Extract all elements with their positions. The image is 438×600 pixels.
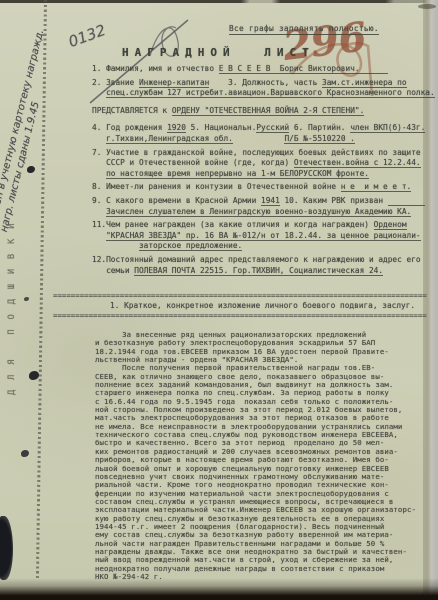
- field-value: [388, 196, 426, 206]
- field-label: [92, 207, 106, 216]
- scanned-document-page: Внесен в учетную картотеку награжд. нагр…: [0, 0, 438, 600]
- field-value: 1920: [167, 123, 186, 133]
- field-label: 6. Партийн.: [289, 123, 350, 132]
- field-value: заторское предложение.: [139, 241, 242, 251]
- field-label: 11.Чем ранее награжден (за какие отличия…: [92, 220, 374, 229]
- field-wounds: 8. Имеет-ли ранения и контузии в Отечест…: [92, 182, 432, 193]
- merit-narrative: За внесенные ряд ценных рационализаторск…: [95, 331, 431, 581]
- field-label: [92, 241, 139, 250]
- field-label: 8. Имеет-ли ранения и контузии в Отечест…: [92, 182, 341, 191]
- field-label: ПРЕДСТАВЛЯЕТСЯ к: [92, 106, 172, 115]
- field-label: [92, 169, 106, 178]
- field-label: 7. Участие в гражданской войне, последую…: [92, 148, 421, 157]
- field-value: Зачислен слушателем в Ленинградскую воен…: [106, 207, 411, 217]
- field-label: 5. Национальн.: [186, 123, 256, 132]
- field-value: "КРАСНАЯ ЗВЕЗДА" пр. 16 ВА №-012/н от 18…: [106, 231, 421, 241]
- field-value: ПОЛЕВАЯ ПОЧТА 22515. Гор.ТИХВИН, Социали…: [134, 266, 383, 276]
- field-value: член ВКП(б)-43г.: [350, 123, 425, 133]
- field-label: СССР и Отечественной войне (где, когда): [92, 158, 294, 167]
- section-divider-top: ========================================…: [53, 291, 433, 300]
- vertical-margin-text: ДЛЯ ПОДШИВКИ: [7, 103, 17, 395]
- field-value: 1941: [261, 196, 280, 206]
- field-value: Зам.ст.инженера по: [322, 78, 407, 88]
- field-name: 1. Фамилия, имя и отчество Е В С Е Е В Б…: [92, 64, 432, 75]
- field-in-army-since: 9. С какого времени в Красной Армии 1941…: [92, 196, 432, 217]
- field-label: 3. Должность, часть: [209, 78, 322, 87]
- fill-all-fields-note: Все графы заполнять полностью.: [229, 24, 379, 35]
- ink-blot: [21, 450, 29, 457]
- field-value: спец.службам 127 истребит.авиацион.Варша…: [106, 88, 435, 98]
- ink-stain-bottom-left: [0, 516, 13, 580]
- field-value: П/Б №-5510220 .: [284, 134, 354, 144]
- field-label: [92, 231, 106, 240]
- form-fields: 1. Фамилия, имя и отчество Е В С Е Е В Б…: [92, 64, 432, 279]
- field-value: Отечествен.война с 12.2.44.: [294, 158, 421, 168]
- field-label: 2. Звание: [92, 78, 139, 87]
- field-value: по настоящее время непрерывно на 1-м БЕЛ…: [106, 169, 369, 179]
- field-war-participation: 7. Участие в гражданской войне, последую…: [92, 148, 432, 180]
- ink-blot: [24, 297, 29, 301]
- field-value: Орденом: [374, 220, 407, 230]
- field-label: [92, 134, 106, 143]
- field-rank-and-position: 2. Звание Инженер-капитан 3. Должность, …: [92, 78, 432, 99]
- field-value: Е В С Е Е В Борис Викторович.: [219, 64, 388, 74]
- field-label: 4. Год рождения: [92, 123, 167, 132]
- field-value: Инженер-капитан: [139, 78, 209, 88]
- field-label: 9. С какого времени в Красной Армии: [92, 196, 261, 205]
- handwritten-pencil-number: 0132: [66, 21, 108, 51]
- field-label: 10. Каким РВК призван: [280, 196, 388, 205]
- field-value: ОРДЕНУ "ОТЕЧЕСТВЕННАЯ ВОЙНА 2-Я СТЕПЕНИ"…: [172, 106, 364, 116]
- field-previous-awards: 11.Чем ранее награжден (за какие отличия…: [92, 220, 432, 252]
- field-label: 1. Фамилия, имя и отчество: [92, 64, 219, 73]
- narrative-line: НКО №-294-42 г.: [95, 573, 431, 581]
- field-presented-to-award: ПРЕДСТАВЛЯЕТСЯ к ОРДЕНУ "ОТЕЧЕСТВЕННАЯ В…: [92, 106, 432, 117]
- field-label: [233, 134, 285, 143]
- field-home-address: 12.Постоянный домашний адрес представляе…: [92, 255, 432, 276]
- field-value: н е и м е е т.: [341, 182, 411, 192]
- field-label: 12.Постоянный домашний адрес представляе…: [92, 255, 421, 264]
- field-label: [92, 88, 106, 97]
- field-label: семьи: [92, 266, 134, 275]
- handwritten-brown-number: 296: [280, 13, 369, 70]
- field-value: Русский: [256, 123, 289, 133]
- field-birth-nationality-party: 4. Год рождения 1920 5. Национальн.Русск…: [92, 123, 432, 144]
- scan-speck: [418, 4, 436, 9]
- merit-section-heading: 1. Краткое, конкретное изложение личного…: [53, 300, 433, 311]
- ink-blot: [29, 371, 39, 380]
- section-divider-bottom: ========================================…: [53, 311, 433, 320]
- ink-blot: [27, 166, 35, 173]
- field-value: г.Тихвин,Ленинградская обл.: [106, 134, 233, 144]
- document-title: НАГРАДНОЙ ЛИСТ: [122, 46, 315, 59]
- merit-section: ========================================…: [53, 291, 433, 320]
